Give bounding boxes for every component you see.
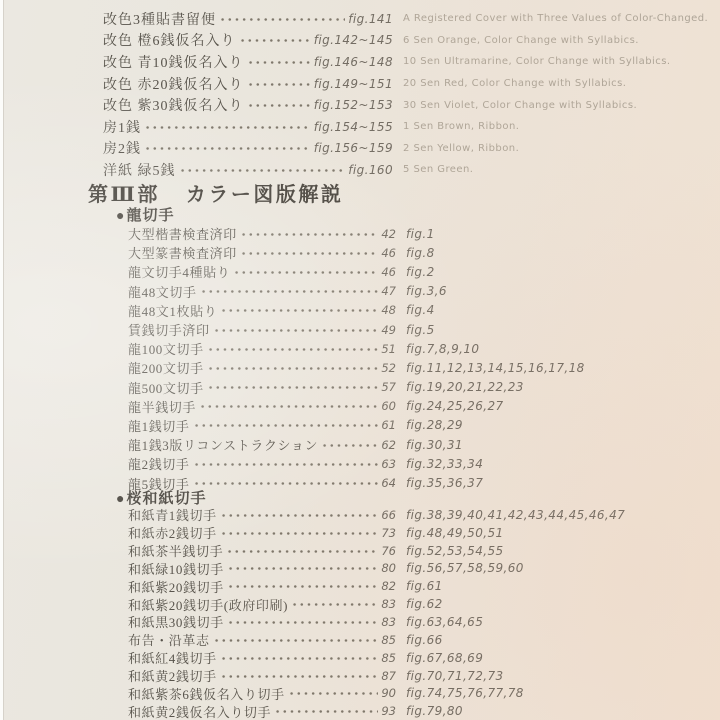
part-heading: 第Ⅲ部カラー図版解説	[88, 178, 343, 207]
entry-page-number: 73	[381, 526, 396, 540]
dot-leader	[220, 301, 378, 320]
dot-leader	[220, 666, 379, 685]
entry-fig-ref: fig.5	[406, 323, 435, 337]
toc-row-left: 改色 橙6銭仮名入り fig.142~145	[103, 30, 393, 50]
entry-fig-ref: fig.30,31	[406, 438, 463, 452]
entry-label: 改色 青10銭仮名入り	[103, 52, 244, 72]
toc-row-left: 和紙紫20銭切手(政府印刷) 83	[128, 595, 396, 614]
dot-leader	[227, 577, 379, 596]
dot-leader	[220, 505, 379, 524]
entry-fig-ref: fig.67,68,69	[406, 651, 483, 665]
dot-leader	[274, 702, 378, 720]
dot-leader	[240, 243, 379, 262]
entry-fig-ref: fig.32,33,34	[406, 457, 483, 471]
part-number: 第Ⅲ部	[88, 184, 160, 206]
dot-leader	[239, 30, 311, 50]
toc-row-left: 和紙緑10銭切手 80	[128, 559, 396, 578]
dot-leader	[144, 117, 311, 137]
dot-leader	[247, 74, 311, 94]
entry-fig-ref: fig.19,20,21,22,23	[406, 380, 524, 394]
entry-label: 龍100文切手	[128, 339, 204, 358]
toc-row: 龍48文1枚貼り 48 fig.4	[128, 301, 720, 320]
entry-label: 龍1銭3版リコンストラクション	[128, 435, 318, 454]
entry-fig-ref: fig.3,6	[406, 284, 447, 298]
toc-row: 改色 青10銭仮名入り fig.146~148 10 Sen Ultramari…	[103, 51, 720, 73]
toc-row-left: 龍文切手4種貼り 46	[128, 262, 396, 281]
entry-fig-ref: fig.35,36,37	[406, 476, 483, 490]
toc-row-left: 龍500文切手 57	[128, 378, 396, 397]
entry-label: 改色3種貼書留便	[103, 9, 216, 29]
toc-row-left: 改色 赤20銭仮名入り fig.149~151	[103, 74, 393, 94]
toc-row-left: 和紙紅4銭切手 85	[128, 648, 396, 667]
entry-label: 和紙紫20銭切手	[128, 577, 224, 596]
bullet-icon: ●	[116, 207, 125, 223]
toc-row-left: 龍1銭切手 61	[128, 416, 396, 435]
dot-leader	[227, 612, 379, 631]
toc-row: 龍文切手4種貼り 46 fig.2	[128, 262, 720, 281]
toc-row-left: 龍2銭切手 63	[128, 454, 396, 473]
entry-fig-ref: fig.38,39,40,41,42,43,44,45,46,47	[406, 508, 625, 522]
entry-fig-ref: fig.56,57,58,59,60	[406, 561, 524, 575]
entry-fig-ref: fig.160	[348, 163, 393, 177]
entry-english-caption: A Registered Cover with Three Values of …	[403, 13, 708, 24]
toc-row-left: 和紙黄2銭切手 87	[128, 666, 396, 685]
toc-row: 和紙緑10銭切手 80 fig.56,57,58,59,60	[128, 560, 720, 578]
entry-page-number: 52	[381, 361, 396, 375]
toc-row-left: 改色 青10銭仮名入り fig.146~148	[103, 52, 393, 72]
dot-leader	[291, 595, 378, 614]
entry-label: 和紙黄2銭切手	[128, 666, 217, 685]
entry-page-number: 85	[381, 651, 396, 665]
entry-page-number: 48	[381, 303, 396, 317]
entry-fig-ref: fig.62	[406, 597, 443, 611]
entry-label: 賃銭切手済印	[128, 320, 210, 339]
entry-label: 和紙青1銭切手	[128, 505, 217, 524]
entry-fig-ref: fig.79,80	[406, 704, 463, 718]
entry-fig-ref: fig.11,12,13,14,15,16,17,18	[406, 361, 585, 375]
dot-leader	[144, 138, 311, 158]
entry-label: 龍48文切手	[128, 282, 197, 301]
entry-page-number: 42	[381, 227, 396, 241]
toc-row-left: 大型楷書検査済印 42	[128, 224, 396, 243]
entry-label: 龍2銭切手	[128, 454, 190, 473]
dot-leader	[288, 684, 379, 703]
entry-label: 大型楷書検査済印	[128, 224, 237, 243]
toc-row: 和紙紫20銭切手(政府印刷) 83 fig.62	[128, 595, 720, 613]
toc-row: 和紙赤2銭切手 73 fig.48,49,50,51	[128, 524, 720, 542]
toc-row: 和紙黒30銭切手 83 fig.63,64,65	[128, 613, 720, 631]
toc-row-left: 改色 紫30銭仮名入り fig.152~153	[103, 95, 393, 115]
entry-page-number: 49	[381, 323, 396, 337]
entry-fig-ref: fig.70,71,72,73	[406, 669, 504, 683]
toc-row: 改色 紫30銭仮名入り fig.152~153 30 Sen Violet, C…	[103, 94, 720, 116]
entry-fig-ref: fig.74,75,76,77,78	[406, 686, 524, 700]
toc-row-left: 改色3種貼書留便 fig.141	[103, 9, 393, 29]
entry-fig-ref: fig.149~151	[314, 77, 393, 91]
entry-english-caption: 20 Sen Red, Color Change with Syllabics.	[403, 78, 626, 89]
entry-label: 改色 赤20銭仮名入り	[103, 74, 244, 94]
entry-fig-ref: fig.52,53,54,55	[406, 544, 504, 558]
entry-label: 大型篆書検査済印	[128, 243, 237, 262]
entry-label: 和紙黒30銭切手	[128, 612, 224, 631]
toc-row: 房1銭 fig.154~155 1 Sen Brown, Ribbon.	[103, 116, 720, 138]
dot-leader	[200, 282, 379, 301]
entry-label: 改色 橙6銭仮名入り	[103, 30, 236, 50]
toc-row: 大型楷書検査済印 42 fig.1	[128, 224, 720, 243]
dot-leader	[220, 523, 379, 542]
toc-row: 龍1銭切手 61 fig.28,29	[128, 416, 720, 435]
entry-page-number: 64	[381, 476, 396, 490]
toc-row-left: 和紙紫20銭切手 82	[128, 577, 396, 596]
toc-row-left: 龍100文切手 51	[128, 339, 396, 358]
entry-label: 和紙紫20銭切手(政府印刷)	[128, 595, 288, 614]
entry-page-number: 47	[381, 284, 396, 298]
entry-page-number: 80	[381, 561, 396, 575]
section-title-dragon: ●龍切手	[116, 204, 174, 225]
dragon-toc-list: 大型楷書検査済印 42 fig.1 大型篆書検査済印 46 fig.8 龍文切手…	[128, 224, 720, 493]
entry-label: 和紙茶半銭切手	[128, 541, 223, 560]
entry-page-number: 46	[381, 246, 396, 260]
toc-row: 和紙紫20銭切手 82 fig.61	[128, 577, 720, 595]
entry-fig-ref: fig.8	[406, 246, 435, 260]
bullet-icon: ●	[116, 490, 125, 506]
toc-row: 龍200文切手 52 fig.11,12,13,14,15,16,17,18	[128, 358, 720, 377]
entry-page-number: 57	[381, 380, 396, 394]
toc-row-left: 房1銭 fig.154~155	[103, 117, 393, 137]
toc-row: 布告・沿革志 85 fig.66	[128, 631, 720, 649]
entry-label: 和紙紫茶6銭仮名入り切手	[128, 684, 285, 703]
toc-row: 龍半銭切手 60 fig.24,25,26,27	[128, 397, 720, 416]
entry-page-number: 83	[381, 615, 396, 629]
toc-row: 和紙青1銭切手 66 fig.38,39,40,41,42,43,44,45,4…	[128, 506, 720, 524]
entry-page-number: 60	[381, 399, 396, 413]
entry-page-number: 63	[381, 457, 396, 471]
dot-leader	[247, 95, 311, 115]
toc-row-left: 大型篆書検査済印 46	[128, 243, 396, 262]
dot-leader	[207, 339, 379, 358]
toc-row: 房2銭 fig.156~159 2 Sen Yellow, Ribbon.	[103, 138, 720, 160]
entry-label: 改色 紫30銭仮名入り	[103, 95, 244, 115]
entry-page-number: 51	[381, 342, 396, 356]
toc-row-left: 龍48文切手 47	[128, 282, 396, 301]
toc-row: 和紙黄2銭切手 87 fig.70,71,72,73	[128, 667, 720, 685]
entry-page-number: 76	[381, 544, 396, 558]
entry-fig-ref: fig.4	[406, 303, 435, 317]
toc-row-left: 洋紙 緑5銭 fig.160	[103, 160, 393, 180]
entry-label: 和紙緑10銭切手	[128, 559, 224, 578]
toc-row: 龍48文切手 47 fig.3,6	[128, 282, 720, 301]
toc-row-left: 龍1銭3版リコンストラクション 62	[128, 435, 396, 454]
entry-fig-ref: fig.154~155	[314, 120, 393, 134]
toc-row: 和紙茶半銭切手 76 fig.52,53,54,55	[128, 542, 720, 560]
entry-english-caption: 2 Sen Yellow, Ribbon.	[403, 143, 519, 154]
entry-fig-ref: fig.28,29	[406, 418, 463, 432]
entry-fig-ref: fig.61	[406, 579, 443, 593]
entry-label: 和紙黄2銭仮名入り切手	[128, 702, 271, 720]
toc-row: 龍500文切手 57 fig.19,20,21,22,23	[128, 378, 720, 397]
entry-fig-ref: fig.2	[406, 265, 435, 279]
entry-label: 龍1銭切手	[128, 416, 190, 435]
toc-row-left: 龍48文1枚貼り 48	[128, 301, 396, 320]
entry-fig-ref: fig.141	[348, 12, 393, 26]
toc-row-left: 龍半銭切手 60	[128, 397, 396, 416]
toc-row-left: 和紙黄2銭仮名入り切手 93	[128, 702, 396, 720]
entry-page-number: 46	[381, 265, 396, 279]
dot-leader	[193, 474, 379, 493]
dot-leader	[207, 378, 379, 397]
toc-row: 大型篆書検査済印 46 fig.8	[128, 243, 720, 262]
dot-leader	[199, 397, 378, 416]
entry-label: 和紙紅4銭切手	[128, 648, 217, 667]
entry-english-caption: 1 Sen Brown, Ribbon.	[403, 121, 519, 132]
dot-leader	[193, 416, 379, 435]
entry-fig-ref: fig.7,8,9,10	[406, 342, 479, 356]
dot-leader	[220, 648, 379, 667]
entry-english-caption: 5 Sen Green.	[403, 164, 473, 175]
entry-page-number: 90	[381, 686, 396, 700]
entry-fig-ref: fig.142~145	[314, 33, 393, 47]
entry-label: 布告・沿革志	[128, 630, 210, 649]
toc-row-left: 和紙紫茶6銭仮名入り切手 90	[128, 684, 396, 703]
section-title-text: 龍切手	[126, 207, 174, 224]
entry-label: 洋紙 緑5銭	[103, 160, 176, 180]
entry-fig-ref: fig.156~159	[314, 141, 393, 155]
entry-english-caption: 30 Sen Violet, Color Change with Syllabi…	[403, 100, 637, 111]
toc-row: 和紙紅4銭切手 85 fig.67,68,69	[128, 649, 720, 667]
dot-leader	[226, 541, 378, 560]
entry-label: 龍48文1枚貼り	[128, 301, 217, 320]
toc-row-left: 和紙赤2銭切手 73	[128, 523, 396, 542]
toc-row: 龍5銭切手 64 fig.35,36,37	[128, 473, 720, 492]
entry-label: 和紙赤2銭切手	[128, 523, 217, 542]
book-page: 改色3種貼書留便 fig.141 A Registered Cover with…	[3, 0, 720, 720]
entry-fig-ref: fig.63,64,65	[406, 615, 483, 629]
entry-fig-ref: fig.146~148	[314, 55, 393, 69]
entry-page-number: 66	[381, 508, 396, 522]
toc-row-left: 和紙青1銭切手 66	[128, 505, 396, 524]
entry-page-number: 62	[381, 438, 396, 452]
entry-fig-ref: fig.48,49,50,51	[406, 526, 504, 540]
dot-leader	[247, 52, 311, 72]
entry-english-caption: 10 Sen Ultramarine, Color Change with Sy…	[403, 56, 671, 67]
toc-row: 龍1銭3版リコンストラクション 62 fig.30,31	[128, 435, 720, 454]
dot-leader	[321, 435, 378, 454]
entry-english-caption: 6 Sen Orange, Color Change with Syllabic…	[403, 35, 639, 46]
entry-label: 房1銭	[103, 117, 141, 137]
entry-label: 龍200文切手	[128, 358, 204, 377]
entry-label: 龍500文切手	[128, 378, 204, 397]
toc-row: 改色 赤20銭仮名入り fig.149~151 20 Sen Red, Colo…	[103, 73, 720, 95]
entry-page-number: 85	[381, 633, 396, 647]
entry-page-number: 61	[381, 418, 396, 432]
toc-row: 龍100文切手 51 fig.7,8,9,10	[128, 339, 720, 358]
dot-leader	[193, 454, 379, 473]
toc-row: 和紙黄2銭仮名入り切手 93 fig.79,80	[128, 702, 720, 720]
entry-label: 龍半銭切手	[128, 397, 196, 416]
toc-row-left: 布告・沿革志 85	[128, 630, 396, 649]
entry-fig-ref: fig.66	[406, 633, 443, 647]
entry-page-number: 93	[381, 704, 396, 718]
toc-row-left: 房2銭 fig.156~159	[103, 138, 393, 158]
intro-toc-list: 改色3種貼書留便 fig.141 A Registered Cover with…	[103, 8, 720, 181]
toc-row-left: 和紙茶半銭切手 76	[128, 541, 396, 560]
toc-row-left: 和紙黒30銭切手 83	[128, 612, 396, 631]
toc-row: 改色3種貼書留便 fig.141 A Registered Cover with…	[103, 8, 720, 30]
toc-row: 賃銭切手済印 49 fig.5	[128, 320, 720, 339]
toc-row: 改色 橙6銭仮名入り fig.142~145 6 Sen Orange, Col…	[103, 30, 720, 52]
dot-leader	[179, 160, 346, 180]
entry-fig-ref: fig.152~153	[314, 98, 393, 112]
dot-leader	[233, 262, 378, 281]
part-title: カラー図版解説	[186, 184, 344, 206]
dot-leader	[213, 320, 379, 339]
dot-leader	[213, 630, 379, 649]
dot-leader	[227, 559, 379, 578]
dot-leader	[207, 358, 379, 377]
dot-leader	[240, 224, 379, 243]
entry-page-number: 83	[381, 597, 396, 611]
sakura-toc-list: 和紙青1銭切手 66 fig.38,39,40,41,42,43,44,45,4…	[128, 506, 720, 720]
dot-leader	[219, 9, 345, 29]
toc-row: 龍2銭切手 63 fig.32,33,34	[128, 454, 720, 473]
toc-row: 和紙紫茶6銭仮名入り切手 90 fig.74,75,76,77,78	[128, 684, 720, 702]
entry-fig-ref: fig.24,25,26,27	[406, 399, 504, 413]
entry-label: 房2銭	[103, 138, 141, 158]
entry-page-number: 87	[381, 669, 396, 683]
entry-fig-ref: fig.1	[406, 227, 435, 241]
entry-page-number: 82	[381, 579, 396, 593]
toc-row-left: 賃銭切手済印 49	[128, 320, 396, 339]
toc-row-left: 龍200文切手 52	[128, 358, 396, 377]
entry-label: 龍文切手4種貼り	[128, 262, 230, 281]
